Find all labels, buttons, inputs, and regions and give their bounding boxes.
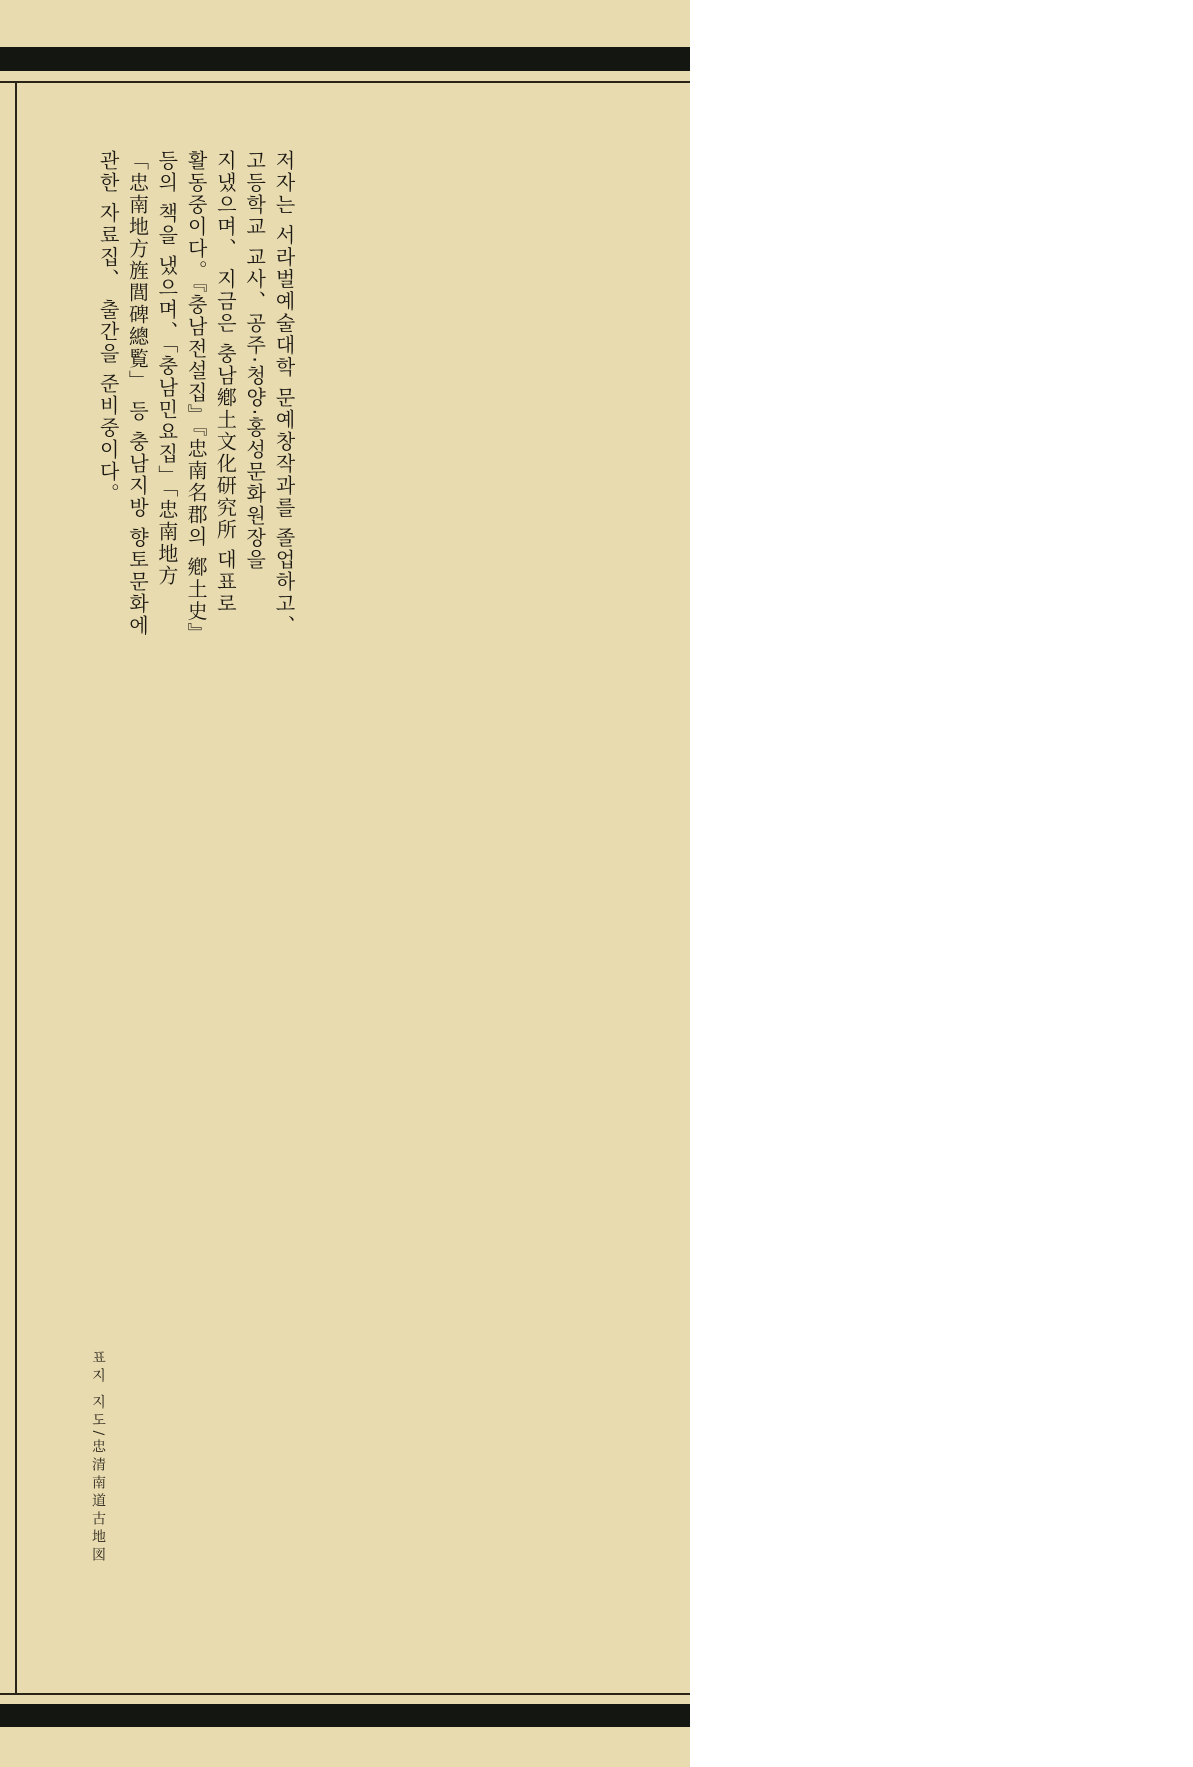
cover-map-caption: 표지 지도/忠清南道古地図 [88,1350,108,1565]
top-rule-line [0,81,690,83]
bio-column-4: 활동중이다。『충남전설집』『忠南名郡의 鄕土史』 [181,150,210,790]
left-margin-rule [15,82,17,1694]
author-biography: 저자는 서라벌예술대학 문예창작과를 졸업하고、 고등학교 교사、공주·청양·홍… [93,150,298,790]
bottom-black-border-band [0,1704,690,1727]
top-black-border-band [0,47,690,71]
book-page: 저자는 서라벌예술대학 문예창작과를 졸업하고、 고등학교 교사、공주·청양·홍… [0,0,690,1767]
bio-column-1: 저자는 서라벌예술대학 문예창작과를 졸업하고、 [269,150,298,790]
bio-column-5: 등의 책을 냈으며、「충남민요집」「忠南地方 [152,150,181,790]
bio-column-3: 지냈으며、 지금은 충남鄕土文化研究所 대표로 [210,150,239,790]
bio-column-2: 고등학교 교사、공주·청양·홍성문화원장을 [239,150,268,790]
bio-column-6: 「忠南地方旌閭碑總覧」 등 충남지방 향토문화에 [122,150,151,790]
bottom-rule-line [0,1693,690,1695]
bio-column-7: 관한 자료집、 출간을 준비중이다。 [93,150,122,790]
